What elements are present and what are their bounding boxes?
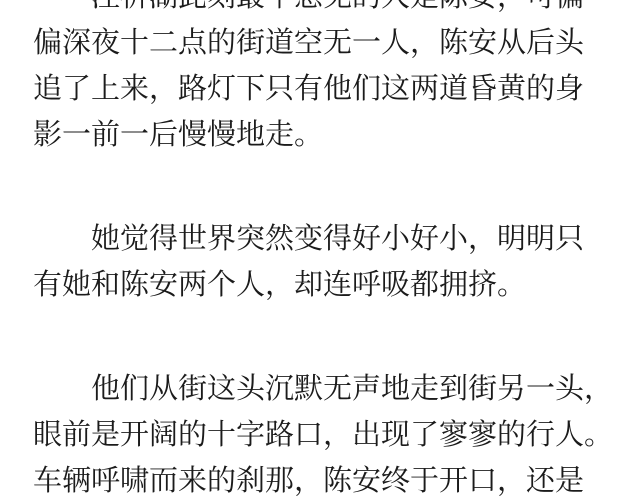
text-line: 眼前是开阔的十字路口，出现了寥寥的行人。: [33, 412, 640, 458]
text-line: 有她和陈安两个人，却连呼吸都拥挤。: [33, 262, 640, 308]
text-line: 影一前一后慢慢地走。: [33, 112, 640, 158]
paragraph: 他们从街这头沉默无声地走到街另一头， 眼前是开阔的十字路口，出现了寥寥的行人。 …: [33, 366, 640, 500]
text-line: 汪祈湖此刻最不想见的人是陈安，可偏: [33, 0, 640, 20]
novel-text-page: 汪祈湖此刻最不想见的人是陈安，可偏 偏深夜十二点的街道空无一人，陈安从后头 追了…: [0, 0, 640, 500]
text-line: 车辆呼啸而来的刹那，陈安终于开口，还是: [33, 458, 640, 500]
text-line: 追了上来，路灯下只有他们这两道昏黄的身: [33, 66, 640, 112]
text-line: 偏深夜十二点的街道空无一人，陈安从后头: [33, 20, 640, 66]
paragraph: 汪祈湖此刻最不想见的人是陈安，可偏 偏深夜十二点的街道空无一人，陈安从后头 追了…: [33, 0, 640, 158]
text-line: 她觉得世界突然变得好小好小，明明只: [33, 216, 640, 262]
paragraph: 她觉得世界突然变得好小好小，明明只 有她和陈安两个人，却连呼吸都拥挤。: [33, 216, 640, 308]
text-line: 他们从街这头沉默无声地走到街另一头，: [33, 366, 640, 412]
